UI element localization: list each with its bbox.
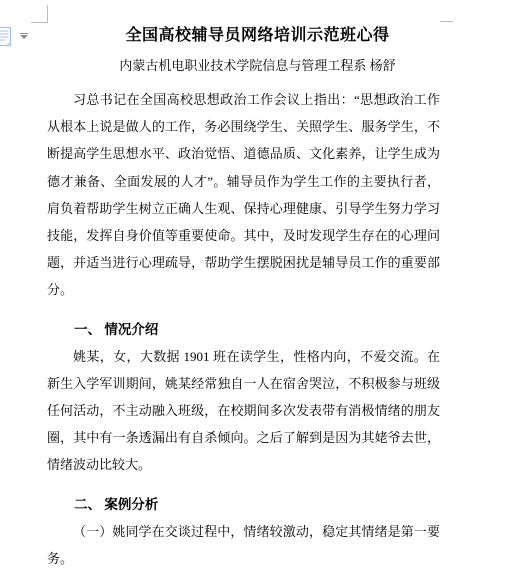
- document-content[interactable]: 全国高校辅导员网络培训示范班心得 内蒙古机电职业技术学院信息与管理工程系 杨舒 …: [47, 0, 440, 572]
- text-line[interactable]: 情绪波动比较大。: [47, 451, 440, 478]
- text-line[interactable]: 新生入学军训期间，姚某经常独自一人在宿舍哭泣，不积极参与班级: [47, 370, 440, 397]
- text-line[interactable]: 务。: [47, 545, 440, 572]
- heading-line[interactable]: 一、 情况介绍: [47, 316, 440, 343]
- margin-crop-mark-top-left: [31, 5, 48, 23]
- text-line[interactable]: 姚某，女，大数据 1901 班在读学生，性格内向，不爱交流。在: [47, 343, 440, 370]
- document-body[interactable]: 习总书记在全国高校思想政治工作会议上指出：“思想政治工作从根本上说是做人的工作，…: [47, 86, 440, 572]
- text-line[interactable]: 德才兼备、全面发展的人才”。辅导员作为学生工作的主要执行者，: [47, 168, 440, 195]
- body-paragraph[interactable]: （一）姚同学在交谈过程中，情绪较激动，稳定其情绪是第一要务。: [47, 518, 440, 572]
- paste-options-button[interactable]: [0, 27, 30, 47]
- text-line[interactable]: 肩负着帮助学生树立正确人生观、保持心理健康、引导学生努力学习: [47, 195, 440, 222]
- text-line[interactable]: 技能，发挥自身价值等重要使命。其中，及时发现学生存在的心理问: [47, 222, 440, 249]
- section-heading[interactable]: 二、 案例分析: [47, 491, 440, 518]
- text-line[interactable]: 分。: [47, 276, 440, 303]
- text-line[interactable]: （一）姚同学在交谈过程中，情绪较激动，稳定其情绪是第一要: [47, 518, 440, 545]
- document-subtitle[interactable]: 内蒙古机电职业技术学院信息与管理工程系 杨舒: [61, 54, 454, 78]
- text-line[interactable]: 圈，其中有一条透漏出有自杀倾向。之后了解到是因为其姥爷去世，: [47, 424, 440, 451]
- body-paragraph[interactable]: 习总书记在全国高校思想政治工作会议上指出：“思想政治工作从根本上说是做人的工作，…: [47, 86, 440, 304]
- text-line[interactable]: 从根本上说是做人的工作，务必围绕学生、关照学生、服务学生，不: [47, 113, 440, 140]
- text-line[interactable]: 题，并适当进行心理疏导，帮助学生摆脱困扰是辅导员工作的重要部: [47, 249, 440, 276]
- body-paragraph[interactable]: 姚某，女，大数据 1901 班在读学生，性格内向，不爱交流。在新生入学军训期间，…: [47, 343, 440, 479]
- text-line[interactable]: 习总书记在全国高校思想政治工作会议上指出：“思想政治工作: [47, 86, 440, 113]
- chevron-down-icon[interactable]: [20, 33, 28, 39]
- section-heading[interactable]: 一、 情况介绍: [47, 316, 440, 343]
- document-title[interactable]: 全国高校辅导员网络培训示范班心得: [61, 24, 454, 48]
- text-line[interactable]: 断提高学生思想水平、政治觉悟、道德品质、文化素养，让学生成为: [47, 140, 440, 167]
- text-line[interactable]: 任何活动，不主动融入班级，在校期间多次发表带有消极情绪的朋友: [47, 397, 440, 424]
- word-page: 全国高校辅导员网络培训示范班心得 内蒙古机电职业技术学院信息与管理工程系 杨舒 …: [0, 0, 517, 576]
- heading-line[interactable]: 二、 案例分析: [47, 491, 440, 518]
- margin-crop-mark-top-right: [440, 21, 453, 22]
